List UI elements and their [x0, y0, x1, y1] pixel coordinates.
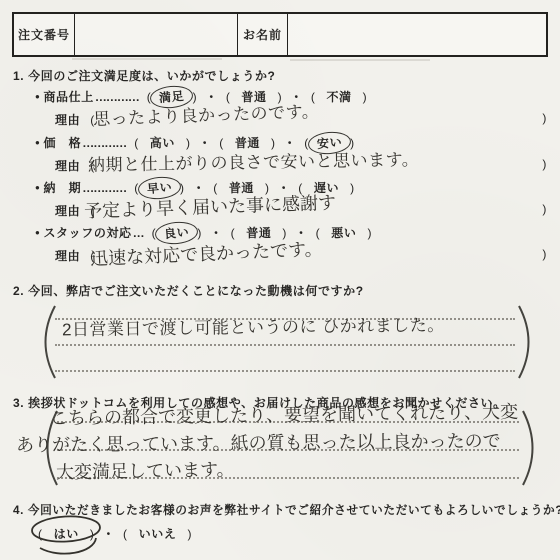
name-label: お名前 — [238, 14, 288, 55]
order-number-label: 注文番号 — [14, 14, 75, 55]
leader-dots: ………… — [95, 90, 139, 104]
leader-dots: ………… — [82, 181, 126, 195]
answer-box-right-bracket — [520, 408, 544, 488]
row-label: スタッフの対応 — [43, 226, 131, 240]
name-value-cell — [288, 14, 546, 55]
bullet-icon: ● — [35, 228, 40, 237]
order-number-value-cell — [75, 14, 238, 55]
leader-dots: … — [133, 226, 144, 240]
header-table: 注文番号 お名前 — [12, 12, 548, 57]
handwriting-q3-line3: 大変満足しています。 — [56, 455, 235, 484]
bullet-icon: ● — [35, 183, 40, 192]
bullet-icon: ● — [35, 138, 40, 147]
row-label: 納 期 — [43, 181, 81, 195]
scan-artifact — [290, 59, 430, 61]
name-redacted — [300, 23, 352, 53]
order-number-redacted — [83, 22, 215, 49]
bullet-icon: ● — [35, 92, 40, 101]
leader-dots: ………… — [82, 136, 126, 150]
name-redacted — [364, 23, 412, 53]
handwriting-q3-line2: ありがたく思っています。紙の質も思った以上良かったので — [16, 427, 501, 457]
option-unsatisfied: 不満 — [326, 90, 351, 104]
handwriting-q3-line1: こちらの都合で変更したり、要望を聞いてくれたり、大変 — [50, 398, 518, 431]
answer-box-right-bracket — [516, 303, 540, 381]
option-bad: 悪い — [331, 226, 356, 240]
scan-artifact — [72, 58, 222, 60]
reason-label: 理由 — [55, 249, 80, 263]
survey-scan-page: 注文番号 お名前 1. 今回のご注文満足度は、いかがでしょうか? ●商品仕上……… — [0, 0, 560, 560]
option-expensive: 高い — [150, 136, 175, 150]
handwriting-q2-answer: 2日営業日で渡し可能というのに ひかれました。 — [62, 311, 445, 341]
reason-label: 理由 — [55, 159, 80, 173]
row-label: 商品仕上 — [43, 90, 93, 104]
reason-label: 理由 — [55, 113, 80, 127]
option-no: いいえ — [139, 527, 177, 541]
row-label: 価 格 — [43, 136, 81, 150]
reason-label: 理由 — [55, 204, 80, 218]
q1-title: 1. 今回のご注文満足度は、いかがでしょうか? — [13, 67, 275, 84]
hand-circle-yes — [24, 515, 134, 560]
option-good: 良い — [164, 225, 190, 241]
answer-line — [55, 344, 515, 346]
q2-title: 2. 今回、弊店でご注文いただくことになった動機は何ですか? — [13, 282, 364, 299]
answer-line — [55, 370, 515, 372]
